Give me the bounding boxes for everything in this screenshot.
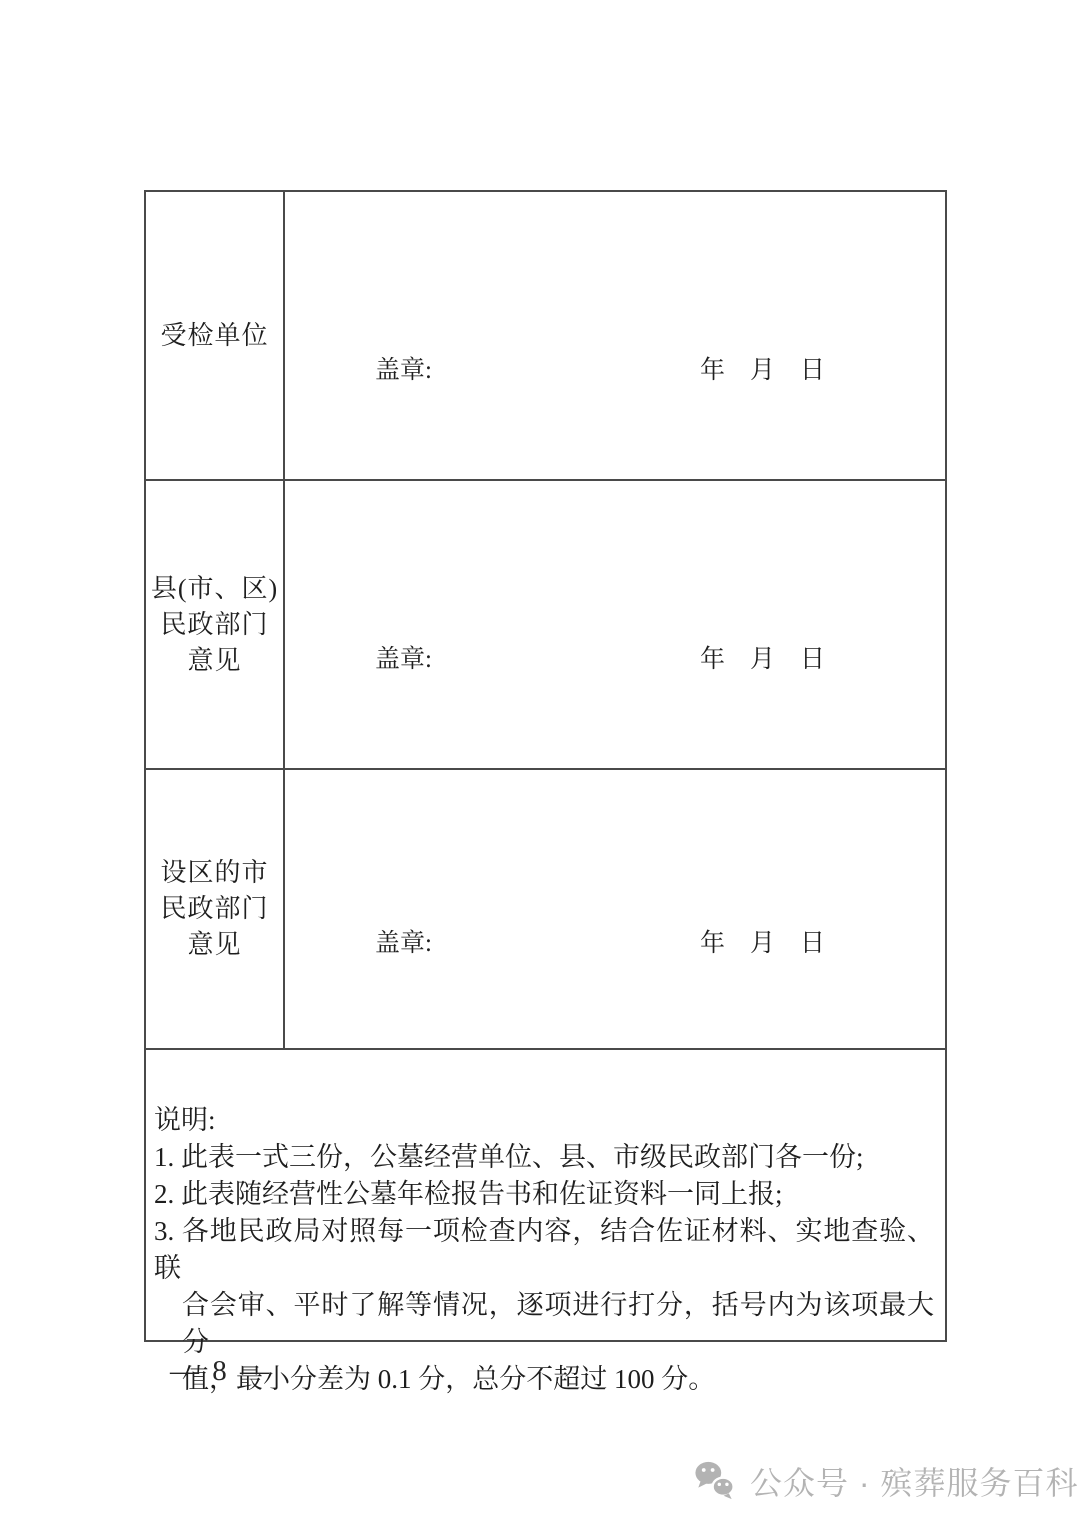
wechat-icon — [693, 1460, 737, 1502]
seal-label: 盖章: — [375, 639, 432, 675]
seal-date-line: 盖章: 年 月 日 — [375, 639, 825, 675]
label-line: 意见 — [187, 643, 241, 679]
page-number: — 8 — — [170, 1355, 269, 1388]
note-item-1: 1. 此表一式三份，公墓经营单位、县、市级民政部门各一份; — [154, 1139, 934, 1176]
label-line: 受检单位 — [160, 318, 268, 354]
label-line: 设区的市 — [160, 855, 268, 891]
date-placeholder: 年 月 日 — [700, 639, 825, 675]
date-placeholder: 年 月 日 — [700, 923, 825, 959]
row-inspected-unit-label-cell: 受检单位 — [146, 192, 285, 479]
label-line: 民政部门 — [160, 607, 268, 643]
signoff-table: 受检单位 盖章: 年 月 日 县(市、区) 民政部门 意见 盖章: 年 月 日 … — [144, 190, 947, 1342]
row-city-opinion-content-cell: 盖章: 年 月 日 — [285, 768, 945, 1048]
seal-date-line: 盖章: 年 月 日 — [375, 350, 825, 386]
row-city-opinion-label-cell: 设区的市 民政部门 意见 — [146, 768, 285, 1048]
notes-title: 说明: — [154, 1102, 934, 1139]
label-line: 民政部门 — [160, 891, 268, 927]
note-item-3-line-2: 合会审、平时了解等情况，逐项进行打分，括号内为该项最大分 — [154, 1287, 934, 1361]
seal-label: 盖章: — [375, 923, 432, 959]
seal-label: 盖章: — [375, 350, 432, 386]
notes-section: 说明: 1. 此表一式三份，公墓经营单位、县、市级民政部门各一份; 2. 此表随… — [146, 1048, 945, 1398]
watermark: 公众号 · 殡葬服务百科 — [693, 1458, 1078, 1504]
date-placeholder: 年 月 日 — [700, 350, 825, 386]
row-county-opinion-label-cell: 县(市、区) 民政部门 意见 — [146, 479, 285, 768]
note-item-2: 2. 此表随经营性公墓年检报告书和佐证资料一同上报; — [154, 1176, 934, 1213]
document-page: 受检单位 盖章: 年 月 日 县(市、区) 民政部门 意见 盖章: 年 月 日 … — [0, 0, 1080, 1527]
row-county-opinion-content-cell: 盖章: 年 月 日 — [285, 479, 945, 768]
label-line: 意见 — [187, 927, 241, 963]
watermark-text: 公众号 · 殡葬服务百科 — [750, 1458, 1078, 1504]
note-item-3-line-3: 值，最小分差为 0.1 分，总分不超过 100 分。 — [154, 1361, 934, 1398]
label-line: 县(市、区) — [151, 571, 278, 607]
note-item-3-line-1: 3. 各地民政局对照每一项检查内容，结合佐证材料、实地查验、联 — [154, 1213, 934, 1287]
row-inspected-unit-content-cell: 盖章: 年 月 日 — [285, 192, 945, 479]
seal-date-line: 盖章: 年 月 日 — [375, 923, 825, 959]
